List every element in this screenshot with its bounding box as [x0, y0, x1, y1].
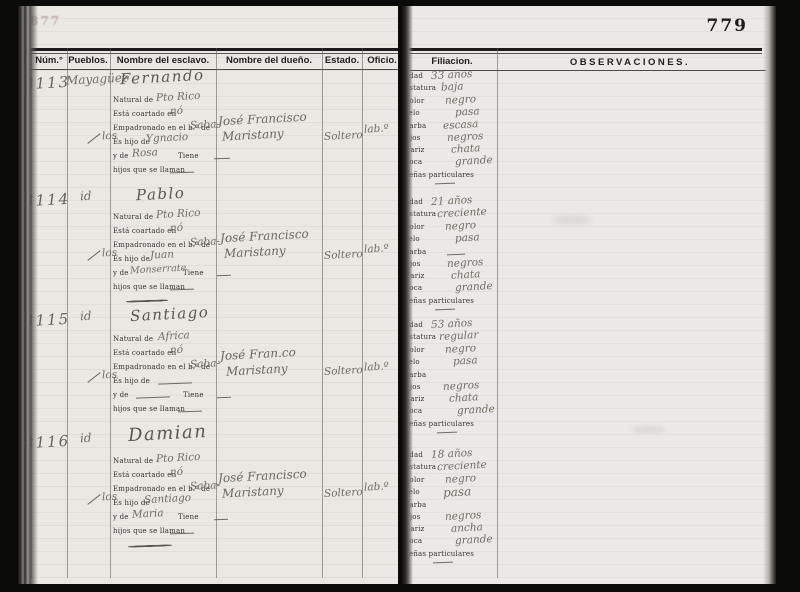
label-estatura: Estatura — [404, 333, 436, 341]
label-boca: Boca — [404, 407, 422, 415]
label-senas-particulares: Señas particulares — [404, 297, 474, 305]
label-coartado: Está coartado en — [113, 471, 176, 479]
label-boca: Boca — [404, 158, 422, 166]
column-header-estado: Estado. — [325, 55, 359, 66]
label-barba: Barba — [404, 122, 426, 130]
label-edad: Edad — [404, 451, 423, 459]
tiene-dash — [217, 397, 231, 398]
label-tiene: Tiene — [178, 513, 199, 521]
tiene-dash — [214, 519, 228, 520]
label-y-de: y de — [113, 269, 129, 277]
filiacion-block-3113: Edad 33 años Estatura baja Color negro P… — [403, 70, 497, 190]
value-color: negro — [445, 472, 477, 486]
record-row-3113: 3113 Mayagüez Fernando Natural de Pto Ri… — [18, 68, 398, 186]
record-pueblo: id — [80, 189, 92, 204]
value-pelo: pasa — [455, 105, 480, 118]
value-nariz: chata — [451, 268, 481, 282]
label-senas-particulares: Señas particulares — [404, 171, 474, 179]
bleedthrough-page-number: 877 — [30, 14, 61, 28]
table-left-rule — [31, 48, 32, 578]
filiacion-block-3115: Edad 53 años Estatura regular Color negr… — [403, 319, 497, 439]
value-y-de: Rosa — [132, 146, 158, 159]
value-nariz: chata — [451, 142, 481, 156]
value-oficio: lab.º — [364, 360, 389, 373]
label-ojos: Ojos — [404, 383, 421, 391]
value-pelo: pasa — [455, 231, 480, 244]
label-tiene: Tiene — [178, 152, 199, 160]
filiacion-block-3116: Edad 18 años Estatura creciente Color ne… — [403, 449, 497, 569]
pen-stroke — [87, 494, 100, 505]
senas-dash — [435, 309, 455, 311]
senas-dash — [433, 562, 453, 564]
column-header-dueno: Nombre del dueño. — [226, 55, 312, 66]
owner-name-line2: Maristany — [226, 361, 288, 378]
senas-dash — [437, 432, 457, 434]
paper-smudge — [552, 216, 592, 224]
record-row-3114: 3114 id Pablo Natural de Pto Rico Está c… — [18, 183, 398, 301]
owner-name-line2: Maristany — [222, 126, 284, 143]
label-ojos: Ojos — [404, 513, 421, 521]
label-color: Color — [404, 346, 424, 354]
value-estado: Soltero — [324, 486, 363, 500]
record-pueblo: id — [80, 431, 92, 446]
value-oficio: lab.º — [364, 242, 389, 255]
record-number: 3114 — [24, 190, 71, 210]
register-left-page: 877 Núm.° Pueblos. Nombre del esclavo. N… — [18, 6, 398, 584]
column-header-oficio: Oficio. — [367, 55, 397, 66]
tiene-dash — [217, 275, 231, 276]
value-coartado: nó — [170, 344, 184, 357]
tiene-dash — [214, 158, 230, 160]
label-y-de: y de — [113, 513, 129, 521]
label-hijos: hijos que se llaman — [113, 405, 185, 413]
column-header-filiacion: Filiacion. — [431, 56, 472, 67]
value-boca: grande — [455, 280, 493, 294]
label-es-hijo-de: Es hijo de — [113, 255, 150, 263]
label-estatura: Estatura — [404, 463, 436, 471]
value-estado: Soltero — [324, 248, 363, 262]
label-coartado: Está coartado en — [113, 227, 176, 235]
label-edad: Edad — [404, 321, 423, 329]
column-header-esclavo: Nombre del esclavo. — [117, 55, 209, 66]
value-boca: grande — [457, 403, 495, 417]
label-natural-de: Natural de — [113, 457, 153, 465]
label-pelo: Pelo — [404, 109, 420, 117]
paper-smudge — [632, 426, 666, 433]
label-y-de: y de — [113, 152, 129, 160]
value-oficio: lab.º — [364, 122, 389, 135]
value-pelo: pasa — [443, 484, 472, 499]
table-top-rule — [30, 48, 398, 51]
value-empadronado: Saba- — [190, 357, 221, 371]
slave-name: Pablo — [136, 184, 186, 205]
label-pelo: Pelo — [404, 488, 420, 496]
label-natural-de: Natural de — [113, 96, 153, 104]
slave-name: Santiago — [130, 303, 210, 325]
value-estado: Soltero — [324, 129, 363, 143]
label-es-hijo-de: Es hijo de — [113, 377, 150, 385]
record-pueblo: id — [80, 309, 92, 324]
label-boca: Boca — [404, 537, 422, 545]
value-natural-de: Africa — [158, 329, 190, 343]
label-y-de: y de — [113, 391, 129, 399]
value-estatura: creciente — [437, 206, 487, 221]
label-color: Color — [404, 476, 424, 484]
value-estado: Soltero — [324, 364, 363, 378]
owner-name-line1: José Francisco — [218, 110, 307, 129]
page-number: 779 — [707, 16, 749, 36]
pen-stroke — [87, 372, 100, 383]
label-nariz: Nariz — [404, 272, 425, 280]
table-top-subrule — [30, 53, 398, 54]
label-senas-particulares: Señas particulares — [404, 420, 474, 428]
owner-name-line1: José Fran.co — [220, 345, 296, 363]
value-oficio: lab.º — [364, 480, 389, 493]
label-tiene: Tiene — [183, 391, 204, 399]
label-barba: Barba — [404, 248, 426, 256]
value-empadronado: Saba- — [190, 479, 221, 493]
column-header-num: Núm.° — [35, 55, 63, 66]
record-row-3115: 3115 id Santiago Natural de Africa Está … — [18, 303, 398, 421]
owner-name-line1: José Francisco — [218, 467, 307, 486]
value-natural-de: Pto Rico — [156, 207, 201, 221]
value-coartado: nó — [170, 105, 184, 118]
value-hijo-de: Ygnacio — [146, 131, 189, 145]
y-de-dash — [136, 396, 170, 398]
label-pelo: Pelo — [404, 235, 420, 243]
value-estatura: creciente — [437, 459, 487, 474]
value-hijo-de: Juan — [150, 248, 175, 261]
label-edad: Edad — [404, 72, 423, 80]
label-nariz: Nariz — [404, 395, 425, 403]
label-coartado: Está coartado en — [113, 349, 176, 357]
value-boca: grande — [455, 533, 493, 547]
senas-dash — [435, 183, 455, 185]
pen-stroke — [87, 250, 100, 261]
label-coartado: Está coartado en — [113, 110, 176, 118]
label-barba: Barba — [404, 371, 426, 379]
record-number: 3115 — [24, 310, 71, 330]
hijo-dash — [158, 382, 192, 384]
value-natural-de: Pto Rico — [156, 90, 201, 104]
record-number: 3116 — [24, 432, 71, 452]
label-estatura: Estatura — [404, 84, 436, 92]
value-coartado: nó — [170, 466, 184, 479]
label-estatura: Estatura — [404, 210, 436, 218]
value-estatura: regular — [439, 329, 479, 343]
value-empadronado: Saba- — [190, 118, 221, 132]
owner-name-line2: Maristany — [222, 483, 284, 500]
pen-stroke — [87, 133, 100, 144]
slave-name: Damian — [128, 421, 208, 446]
label-ojos: Ojos — [404, 134, 421, 142]
value-nariz: chata — [449, 391, 479, 405]
value-pelo: pasa — [453, 354, 478, 367]
column-header-pueblos: Pueblos. — [68, 55, 108, 66]
label-senas-particulares: Señas particulares — [404, 550, 474, 558]
label-barba: Barba — [404, 501, 426, 509]
value-y-de: Maria — [132, 507, 164, 521]
label-color: Color — [404, 97, 424, 105]
value-empadronado: Saba- — [190, 235, 221, 249]
label-nariz: Nariz — [404, 525, 425, 533]
label-natural-de: Natural de — [113, 335, 153, 343]
value-estatura: baja — [441, 80, 464, 93]
label-nariz: Nariz — [404, 146, 425, 154]
label-edad: Edad — [404, 198, 423, 206]
value-hijo-de: Santiago — [144, 492, 192, 506]
record-number: 3113 — [24, 73, 71, 93]
filiacion-block-3114: Edad 21 años Estatura creciente Color ne… — [403, 196, 497, 316]
value-y-de: Monserrate — [130, 263, 187, 277]
label-tiene: Tiene — [183, 269, 204, 277]
value-coartado: nó — [170, 222, 184, 235]
table-top-rule — [402, 48, 762, 51]
label-natural-de: Natural de — [113, 213, 153, 221]
value-natural-de: Pto Rico — [156, 451, 201, 465]
barba-dash — [447, 254, 465, 256]
table-top-subrule — [402, 53, 762, 54]
owner-name-line1: José Francisco — [220, 227, 309, 246]
register-right-page: 779 Filiacion. OBSERVACIONES. Edad 33 añ… — [402, 6, 776, 584]
column-rule-filiacion-observaciones — [497, 48, 498, 578]
record-row-3116: 3116 id Damian Natural de Pto Rico Está … — [18, 423, 398, 541]
hijos-dash — [178, 411, 202, 413]
label-pelo: Pelo — [404, 358, 420, 366]
label-color: Color — [404, 223, 424, 231]
pen-flourish — [128, 544, 172, 548]
label-ojos: Ojos — [404, 260, 421, 268]
label-es-hijo-de: Es hijo de — [113, 138, 150, 146]
label-boca: Boca — [404, 284, 422, 292]
column-header-observaciones: OBSERVACIONES. — [570, 57, 690, 68]
owner-name-line2: Maristany — [224, 243, 286, 260]
value-boca: grande — [455, 154, 493, 168]
value-edad: 33 años — [431, 68, 473, 82]
slave-name: Fernando — [120, 66, 205, 88]
